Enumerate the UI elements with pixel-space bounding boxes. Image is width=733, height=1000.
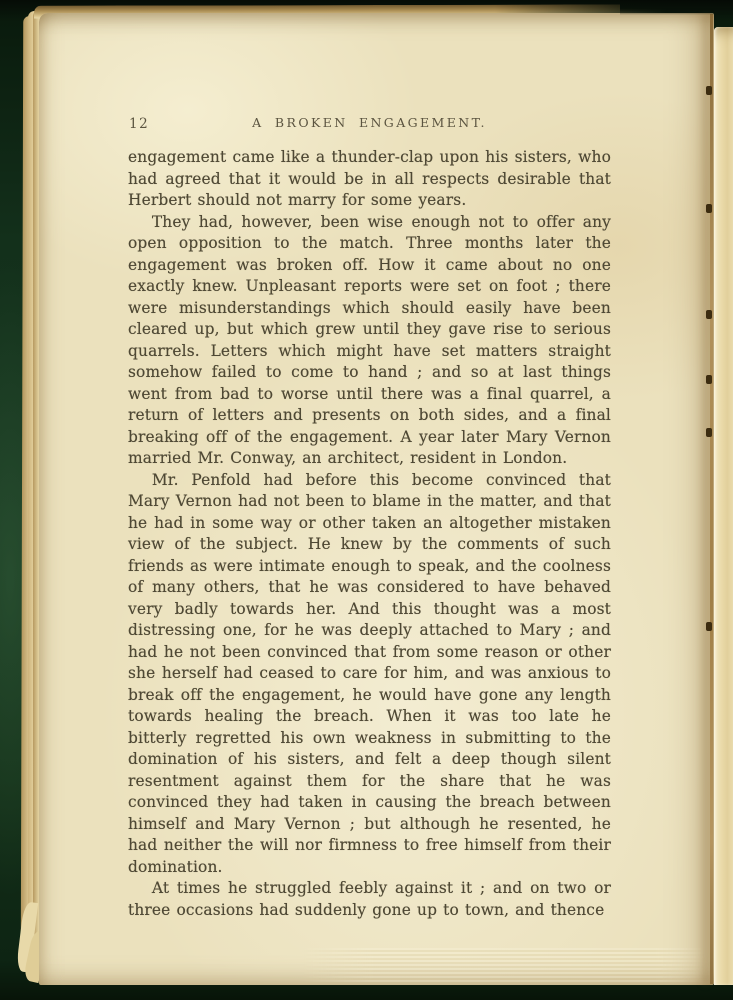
page-number: 12 (129, 116, 149, 132)
paragraph: At times he struggled feebly against it … (128, 878, 611, 921)
body-text: engagement came like a thunder-clap upon… (128, 147, 611, 921)
running-header: 12 A BROKEN ENGAGEMENT. (128, 115, 611, 133)
gutter-crease (710, 14, 713, 984)
running-title: A BROKEN ENGAGEMENT. (128, 115, 611, 130)
background-sliver (620, 0, 733, 15)
bottom-page-edges (300, 948, 705, 982)
stitch-mark (706, 428, 712, 437)
next-page-edge (714, 27, 733, 985)
stitch-mark (706, 622, 712, 631)
stitch-mark (706, 375, 712, 384)
stitch-mark (706, 86, 712, 95)
stitch-mark (706, 204, 712, 213)
paragraph: Mr. Penfold had before this become convi… (128, 470, 611, 879)
paragraph: engagement came like a thunder-clap upon… (128, 147, 611, 212)
stitch-mark (706, 310, 712, 319)
paragraph: They had, however, been wise enough not … (128, 212, 611, 470)
